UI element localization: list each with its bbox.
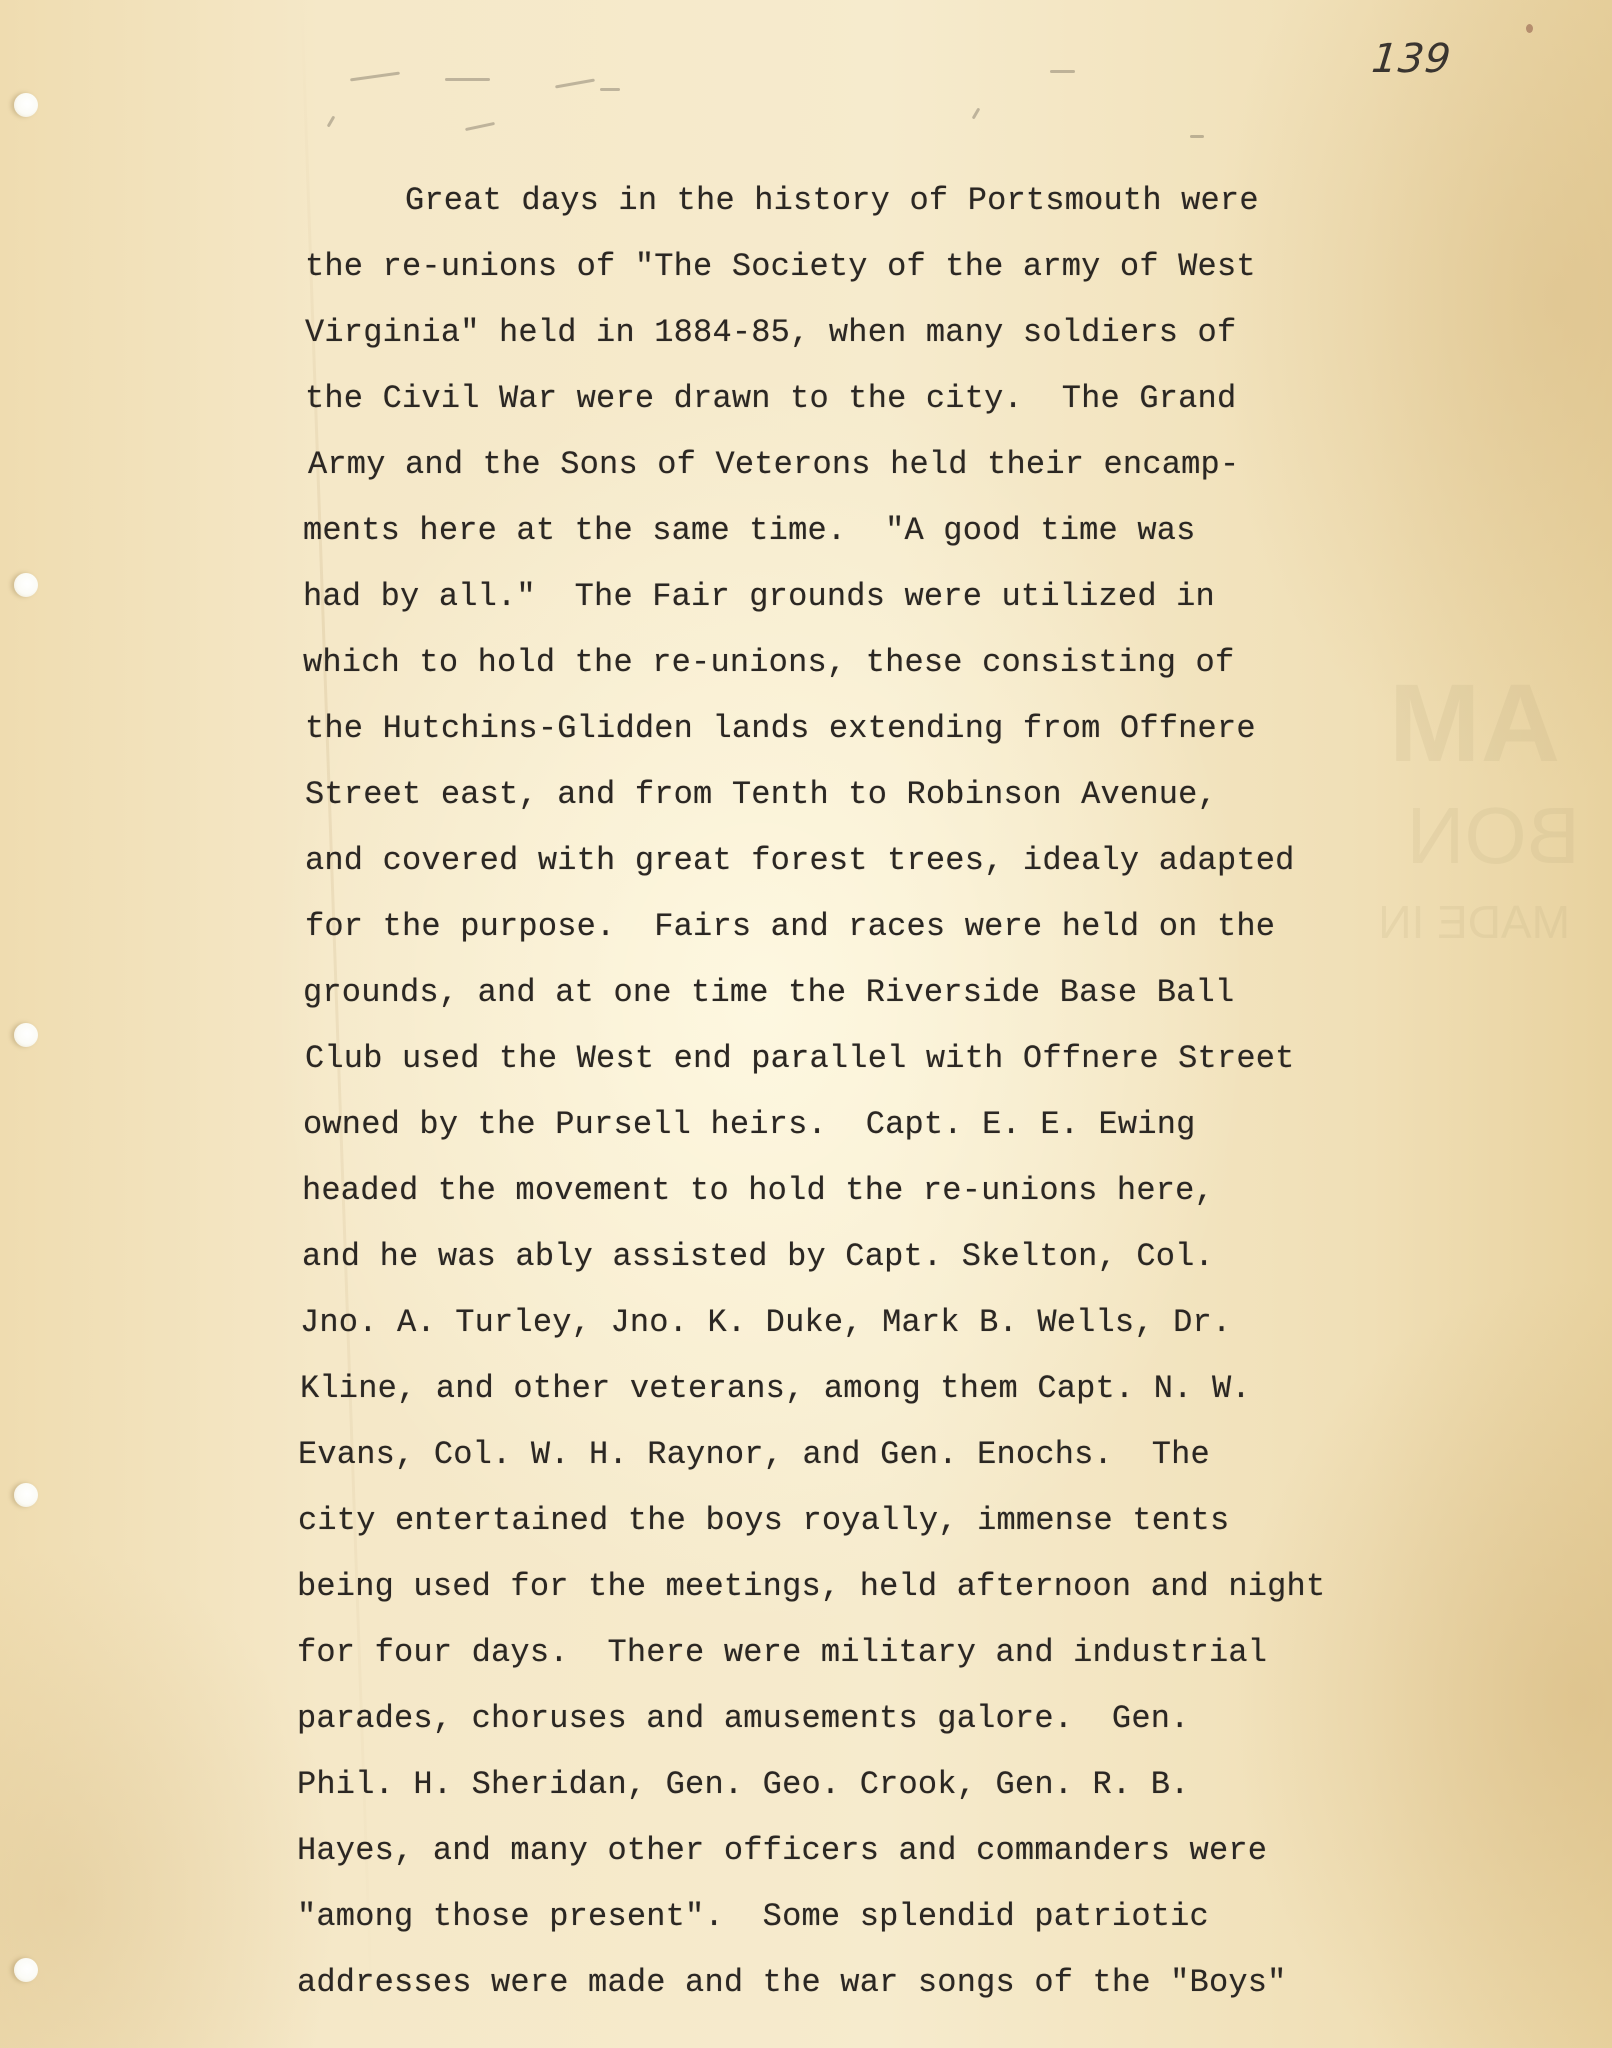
text-line: had by all." The Fair grounds were utili… <box>303 581 1215 613</box>
text-line: city entertained the boys royally, immen… <box>298 1505 1229 1537</box>
text-line: the re-unions of "The Society of the arm… <box>305 251 1256 283</box>
text-line: Club used the West end parallel with Off… <box>305 1043 1295 1075</box>
text-line: parades, choruses and amusements galore.… <box>297 1703 1190 1735</box>
text-line: grounds, and at one time the Riverside B… <box>303 977 1234 1009</box>
text-line: Phil. H. Sheridan, Gen. Geo. Crook, Gen.… <box>297 1769 1190 1801</box>
text-line: the Hutchins-Glidden lands extending fro… <box>305 713 1256 745</box>
text-line: and covered with great forest trees, ide… <box>305 845 1295 877</box>
text-line: Army and the Sons of Veterons held their… <box>308 449 1239 481</box>
text-line: being used for the meetings, held aftern… <box>297 1571 1325 1603</box>
text-line: ments here at the same time. "A good tim… <box>303 515 1196 547</box>
text-line: for the purpose. Fairs and races were he… <box>305 911 1275 943</box>
text-line: the Civil War were drawn to the city. Th… <box>305 383 1236 415</box>
text-line: Jno. A. Turley, Jno. K. Duke, Mark B. We… <box>300 1307 1231 1339</box>
text-line: addresses were made and the war songs of… <box>297 1967 1287 1999</box>
text-line: Street east, and from Tenth to Robinson … <box>305 779 1217 811</box>
text-line: Evans, Col. W. H. Raynor, and Gen. Enoch… <box>298 1439 1210 1471</box>
text-line: for four days. There were military and i… <box>297 1637 1267 1669</box>
text-line: which to hold the re-unions, these consi… <box>303 647 1234 679</box>
text-line: "among those present". Some splendid pat… <box>297 1901 1209 1933</box>
text-line: Virginia" held in 1884-85, when many sol… <box>305 317 1236 349</box>
text-line: Great days in the history of Portsmouth … <box>405 185 1259 217</box>
typed-paragraph: Great days in the history of Portsmouth … <box>0 0 1612 2048</box>
text-line: Kline, and other veterans, among them Ca… <box>300 1373 1251 1405</box>
text-line: Hayes, and many other officers and comma… <box>297 1835 1267 1867</box>
text-line: and he was ably assisted by Capt. Skelto… <box>302 1241 1214 1273</box>
text-line: headed the movement to hold the re-union… <box>302 1175 1214 1207</box>
text-line: owned by the Pursell heirs. Capt. E. E. … <box>303 1109 1196 1141</box>
